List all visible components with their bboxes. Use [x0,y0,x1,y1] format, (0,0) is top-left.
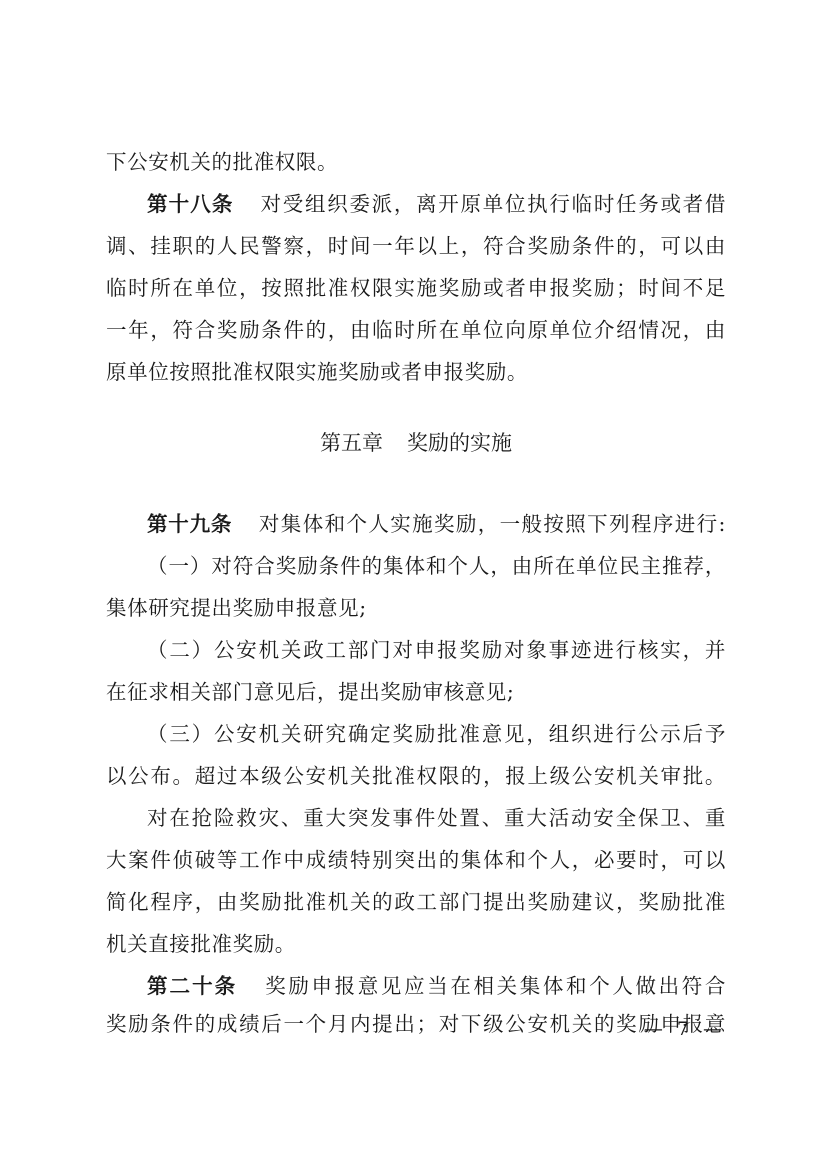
text-line: 下公安机关的批准权限。 [106,142,726,182]
text-line: 原单位按照批准权限实施奖励或者申报奖励。 [106,352,726,392]
article-18-line: 第十八条对受组织委派，离开原单位执行临时任务或者借 [106,184,726,224]
text-line: （二）公安机关政工部门对申报奖励对象事迹进行核实，并 [106,630,726,670]
text-line: 机关直接批准奖励。 [106,924,726,964]
article-20-line: 第二十条奖励申报意见应当在相关集体和个人做出符合 [106,966,726,1006]
text-line: 在征求相关部门意见后，提出奖励审核意见; [106,672,726,712]
text-line: （一）对符合奖励条件的集体和个人，由所在单位民主推荐， [106,546,726,586]
text-span: 奖励申报意见应当在相关集体和个人做出符合 [263,974,726,998]
text-line: 简化程序，由奖励批准机关的政工部门提出奖励建议，奖励批准 [106,882,726,922]
text-span: 对受组织委派，离开原单位执行临时任务或者借 [259,192,726,216]
text-line: （三）公安机关研究确定奖励批准意见，组织进行公示后予 [106,714,726,754]
text-line: 大案件侦破等工作中成绩特别突出的集体和个人，必要时，可以 [106,840,726,880]
chapter-heading: 第五章奖励的实施 [106,423,726,463]
text-line: 集体研究提出奖励申报意见; [106,588,726,628]
text-line: 调、挂职的人民警察，时间一年以上，符合奖励条件的，可以由 [106,226,726,266]
text-span: 对集体和个人实施奖励，一般按照下列程序进行: [258,512,726,536]
article-19-line: 第十九条对集体和个人实施奖励，一般按照下列程序进行: [106,504,726,544]
article-20-title: 第二十条 [147,974,237,998]
page-number: — 7 — [644,1018,726,1040]
chapter-title: 奖励的实施 [407,431,512,455]
text-line: 奖励条件的成绩后一个月内提出；对下级公安机关的奖励申报意 [106,1004,726,1044]
text-line: 以公布。超过本级公安机关批准权限的，报上级公安机关审批。 [106,756,726,796]
text-line: 临时所在单位，按照批准权限实施奖励或者申报奖励；时间不足 [106,268,726,308]
article-18-title: 第十八条 [147,192,233,216]
text-line: 一年，符合奖励条件的，由临时所在单位向原单位介绍情况，由 [106,310,726,350]
text-line: 对在抢险救灾、重大突发事件处置、重大活动安全保卫、重 [106,798,726,838]
article-19-title: 第十九条 [147,512,232,536]
chapter-number: 第五章 [320,431,383,455]
